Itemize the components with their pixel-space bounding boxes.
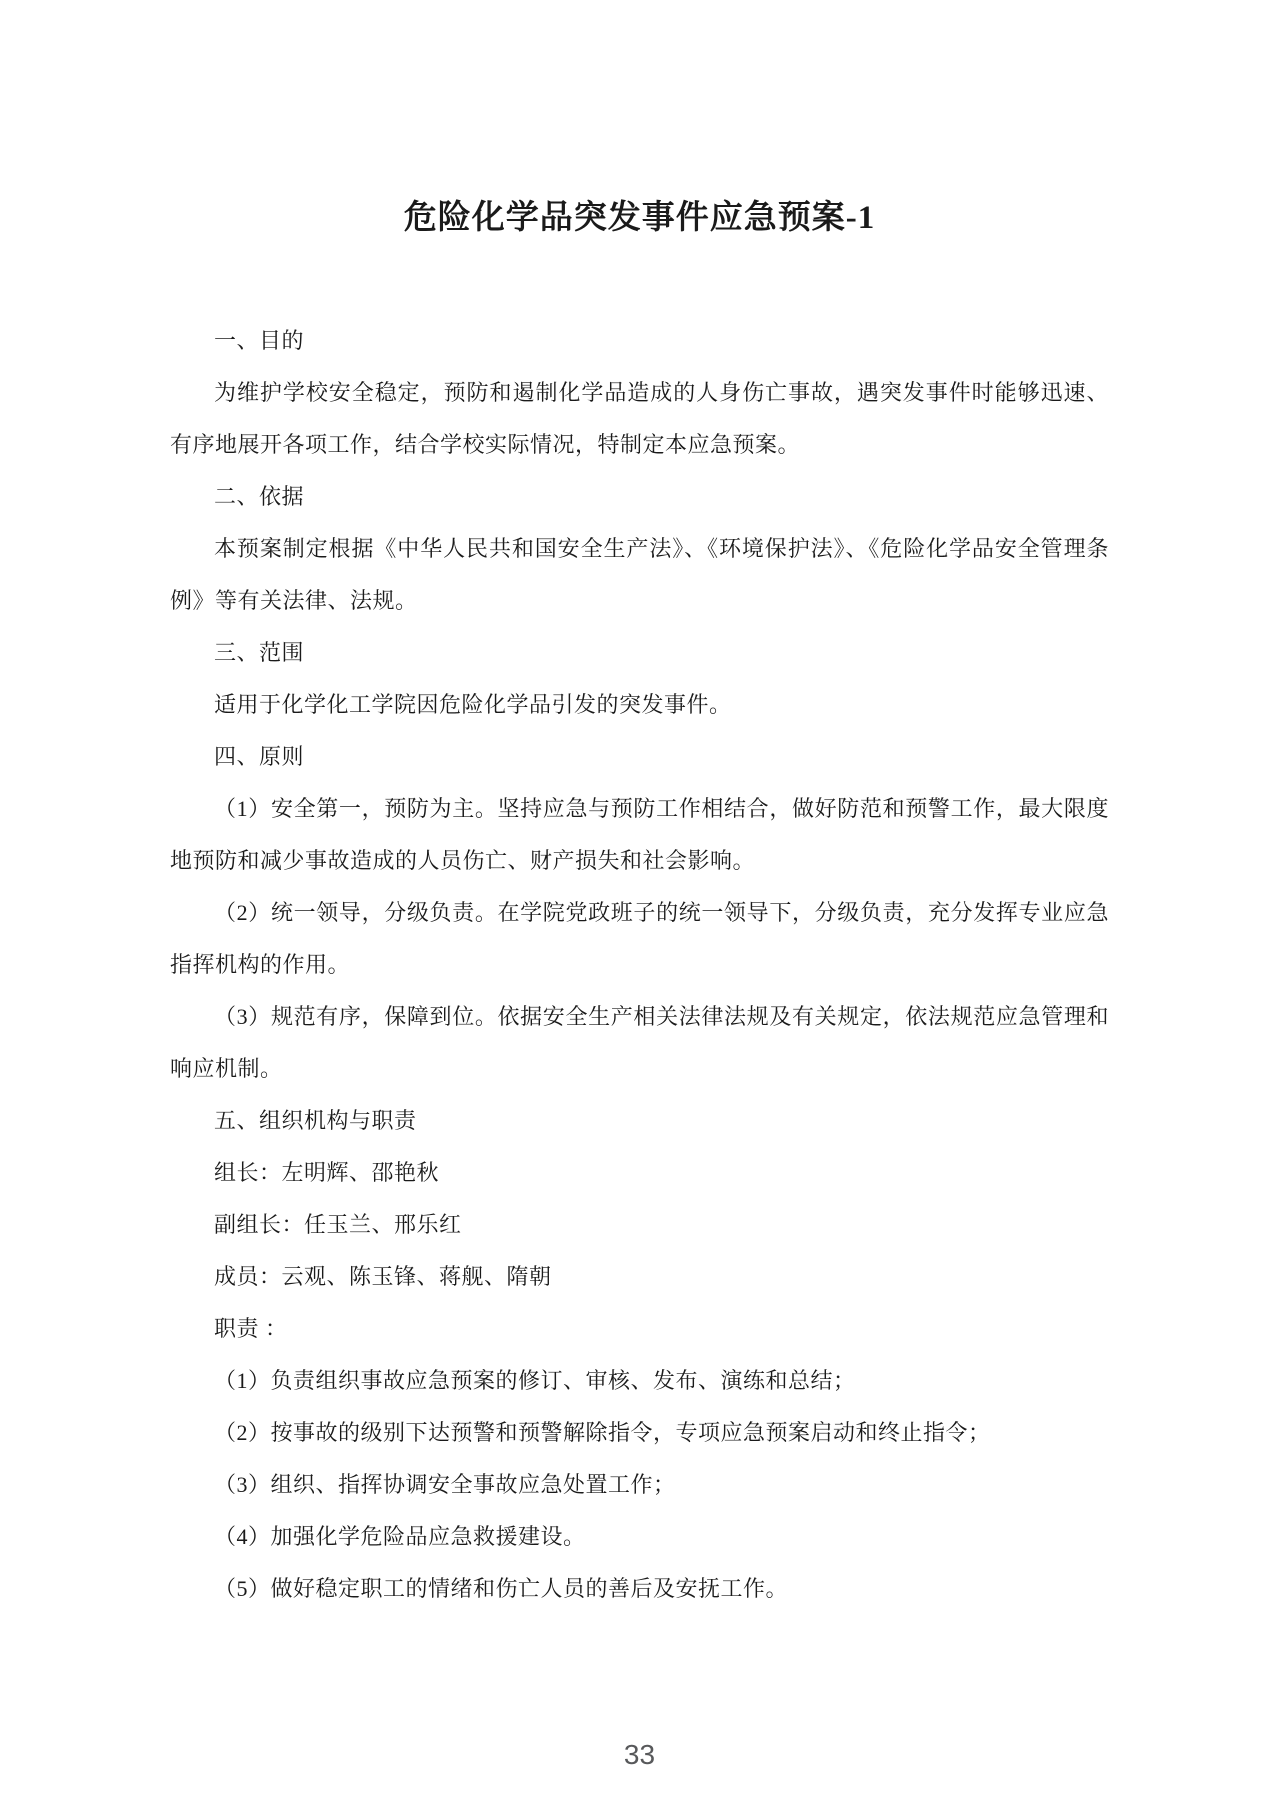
duty-5: （5）做好稳定职工的情绪和伤亡人员的善后及安抚工作。	[170, 1563, 1109, 1615]
section-1-heading: 一、目的	[170, 315, 1109, 367]
document-title: 危险化学品突发事件应急预案-1	[170, 193, 1109, 243]
document-page: 危险化学品突发事件应急预案-1 一、目的 为维护学校安全稳定，预防和遏制化学品造…	[0, 0, 1279, 1809]
section-1-body: 为维护学校安全稳定，预防和遏制化学品造成的人身伤亡事故，遇突发事件时能够迅速、有…	[170, 367, 1109, 471]
section-3-body: 适用于化学化工学院因危险化学品引发的突发事件。	[170, 679, 1109, 731]
page-number: 33	[0, 1739, 1279, 1771]
section-2-heading: 二、依据	[170, 471, 1109, 523]
duty-1: （1）负责组织事故应急预案的修订、审核、发布、演练和总结；	[170, 1355, 1109, 1407]
duty-4: （4）加强化学危险品应急救援建设。	[170, 1511, 1109, 1563]
team-leader-line: 组长：左明辉、邵艳秋	[170, 1147, 1109, 1199]
duties-label: 职责 ：	[170, 1303, 1109, 1355]
document-content: 危险化学品突发事件应急预案-1 一、目的 为维护学校安全稳定，预防和遏制化学品造…	[0, 0, 1279, 1615]
principle-3: （3）规范有序，保障到位。依据安全生产相关法律法规及有关规定，依法规范应急管理和…	[170, 991, 1109, 1095]
principle-1: （1）安全第一，预防为主。坚持应急与预防工作相结合，做好防范和预警工作，最大限度…	[170, 783, 1109, 887]
principle-2: （2）统一领导，分级负责。在学院党政班子的统一领导下，分级负责，充分发挥专业应急…	[170, 887, 1109, 991]
section-4-heading: 四、原则	[170, 731, 1109, 783]
document-body: 一、目的 为维护学校安全稳定，预防和遏制化学品造成的人身伤亡事故，遇突发事件时能…	[170, 315, 1109, 1615]
duty-3: （3）组织、指挥协调安全事故应急处置工作；	[170, 1459, 1109, 1511]
deputy-leader-line: 副组长：任玉兰、邢乐红	[170, 1199, 1109, 1251]
section-2-body: 本预案制定根据《中华人民共和国安全生产法》、《环境保护法》、《危险化学品安全管理…	[170, 523, 1109, 627]
section-5-heading: 五、组织机构与职责	[170, 1095, 1109, 1147]
members-line: 成员：云观、陈玉锋、蒋舰、隋朝	[170, 1251, 1109, 1303]
duty-2: （2）按事故的级别下达预警和预警解除指令，专项应急预案启动和终止指令；	[170, 1407, 1109, 1459]
section-3-heading: 三、范围	[170, 627, 1109, 679]
